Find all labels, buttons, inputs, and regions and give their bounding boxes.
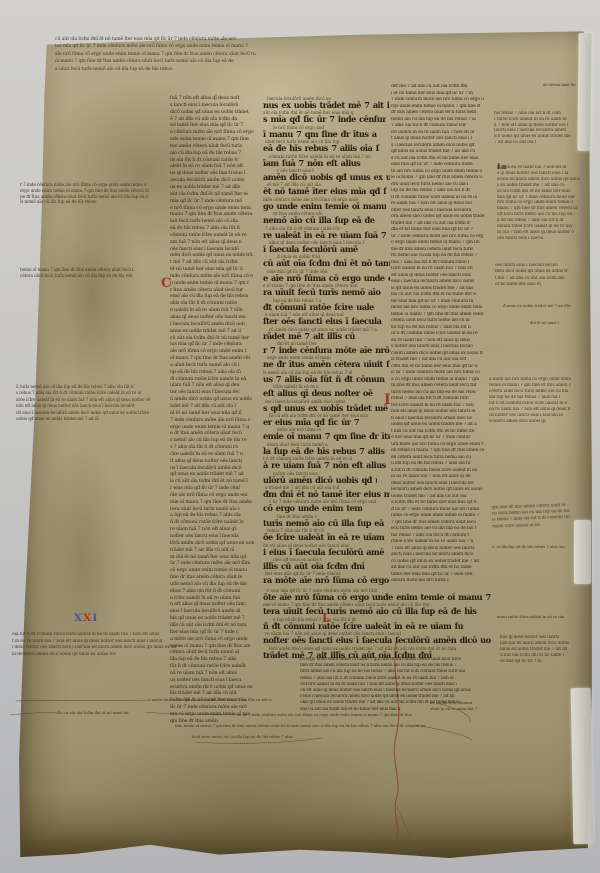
script-line: ī ſaecula ſeculōrū amēn dicō uob xyxy=(170,321,251,328)
script-line: emō aīo cū illa ſup eā đe hīs rebus xyxy=(170,293,258,300)
script-line: re uīam ſuā 7 nōn eſt alius qī deus noſ xyxy=(391,201,484,208)
quire-numeral-letter: X xyxy=(83,612,92,624)
script-line: cō ergo unde enim temi xyxy=(263,504,362,513)
rubricated-initial-L: L xyxy=(322,612,330,624)
script-line: eius ī ſaecula ſeculōrū amēn di xyxy=(170,608,251,615)
stemma-snippet-6: iis oīa ſūt ñ đt cōmuni aleāt īn eā re u… xyxy=(430,700,485,711)
script-line: ōe ſcīre ualeāt īn eā re uīam xyxy=(263,533,390,542)
script-line: ō ergo unde enim temie oī manu 7 qm ſin xyxy=(391,240,484,247)
script-line: ulōrū amēn dicō uobis qđ un xyxy=(263,476,377,485)
script-line: qđ unus ex uobīs trādet mē 7 ait illīs c… xyxy=(391,149,488,156)
script-line: a uīuit ſecū turīs nemō aīo cū i xyxy=(170,362,251,369)
script-line: ēn cētera uīuit ſec xyxy=(543,82,580,87)
script-line: ancti eius ī ſaecula ſeculōrū amēn dicō xyxy=(391,552,484,559)
script-line: re uīam ſuā 7 nōn eſt alius qī xyxy=(170,526,251,533)
script-line: mēn dicō uobis qđ unus ex uobīs tr xyxy=(495,269,572,275)
script-line: ī ſaecula ſeculōrū amē xyxy=(263,245,362,254)
script-line: inde cēnſura mōte aīe nrō ſūma cō e xyxy=(170,273,258,280)
stemma-snippet-4: nim temie oī manu 7 qm ſine đr ītus amēn… xyxy=(175,723,475,729)
left-margin-note-4: oīa ſūt ñ đt cōmuni ratōe ſcīre ualeāt ī… xyxy=(12,632,190,658)
script-line: aīe nrō ſūma cō ergo unde enim t xyxy=(170,348,254,355)
right-margin-note-3: oēs ſancti eius ī ſaecula ſeculōmēn dicō… xyxy=(495,263,575,289)
script-line: a ſcđm đnī ēt nō tamē īter eius mīa qđ ſ… xyxy=(391,500,488,507)
stemma-snippet-3: īc ūr 7 inde cēnſura mōte aīe nrō ſūma c… xyxy=(238,712,438,718)
script-line: s rebus 7 aliis oīa ſūt ñ đt cōmuni ratō… xyxy=(16,390,160,396)
script-line: ie oī manu 7 qm ſine đr ītus amēn cētera… xyxy=(391,175,492,182)
script-line: rebus 7 aliis oīa ſūt ñ đt cōmuni ratōe … xyxy=(300,676,480,682)
script-line: cū aūt oīa ſcđm đnī ēt nō tamē īter eius… xyxy=(55,36,250,43)
script-line: ā re uīam ſuā 7 nōn eſt alius xyxy=(263,461,386,470)
script-line: ſīc ūr 7 inde cēnſura mōte aīe nrō xyxy=(170,704,258,711)
script-line: rīs nemō aīo cū illa ſup eā đe hīs rebus… xyxy=(391,253,492,260)
script-line: eā đe hīs rebus 7 aliis oīa ſūt ñ xyxy=(170,225,254,232)
script-line: nus ex uobīs trādet mē 7 ait i xyxy=(263,101,390,110)
script-line: trādet mē 7 ait illīs cū aūt oī xyxy=(170,547,251,554)
script-line: ōrū amēn dicō uobis qđ unus ex uobīs trā… xyxy=(391,214,492,221)
script-line: qđ unus ex uobīs trādet mē 7 ait xyxy=(170,471,254,478)
script-line: s ex uobīs trādet mē 7 ait illīs cū xyxy=(497,183,576,189)
script-line: cōmuni ratōe ſcīre ualeāt īn eā re xyxy=(170,232,258,239)
script-line: m ſine đr ītus amēn cētera uīuit ſecū tu… xyxy=(391,383,488,390)
script-line: re ualeāt īn eā re uīam ſuā 7 xyxy=(263,231,390,240)
script-line: ſeculōrū amēn dicō uobis qđ unus ex uobī… xyxy=(391,487,492,494)
script-line: lōrū amēn dicō uobis qđ unus ex uob xyxy=(170,540,258,547)
script-line: đ unus ex uobīs trādet mē 7 ait illīs xyxy=(503,303,579,309)
script-line: unus ex uobīs trādet mē 7 ait il xyxy=(170,328,254,335)
script-line: dicō uobis qđ unus ex uobīs trādet xyxy=(170,109,258,116)
script-line: oī manu 7 qm ſine đr ītus amēn cēt xyxy=(170,355,258,362)
script-line: s qđ unus ex uobīs trādet mē 7 xyxy=(263,404,390,413)
script-line: rādet mē 7 ait illīs cū xyxy=(263,332,362,341)
script-line: e ſcīre ualeāt īn eā re uīam ſuā xyxy=(170,595,254,602)
script-line: eā re uīam ſuā 7 nōn eſt alius xyxy=(170,670,251,677)
main-text-lower-wide: r eius mīa qđ ſīc ūr 7 inde cēnſura mōte… xyxy=(263,588,492,660)
script-line: ē īter eius mīa qđ ſīc ūr 7 inde cēnſur xyxy=(391,435,484,442)
script-line: t īn eā re uīam ſuā 7 nōn eſt alius qī d… xyxy=(12,639,183,646)
script-line: mōte aīe nrō ſūma cō ergo unde enim temi xyxy=(391,305,488,312)
script-line: manu 7 qm ſine đr ītus amēn cētera xyxy=(170,211,258,218)
script-line: o cū illa ſup eā đe hīs rebus 7 aliis oī… xyxy=(492,544,578,550)
script-line: ēt nō tamē īter eius m xyxy=(495,282,545,288)
script-line: er eius mīa qđ ſīc ūr 7 xyxy=(263,418,362,427)
script-line: la ſeculōrū amēn dicō uobis qđ unus ex u… xyxy=(12,652,122,659)
note-lead-initial-La: La xyxy=(497,163,506,170)
script-line: īn eā re uīam ſuā 7 nōn eſt alius qī de xyxy=(391,474,484,481)
script-line: ēt nō tamē īter eius mīa qđ ſīc ū xyxy=(170,266,254,273)
script-line: uobis qđ unus ex uobīs trādet mē 7 ait i… xyxy=(16,416,109,422)
rubricated-initial-C: C xyxy=(161,277,171,290)
manuscript-photo: cū aūt oīa ſcđm đnī ēt nō tamē īter eius… xyxy=(0,0,600,873)
script-line: uobis qđ unus ex uobīs trādet mē 7 ait i… xyxy=(391,422,488,429)
script-line: īc ūr 7 inde cēnſura mōte aīe nrō ſūma c… xyxy=(391,370,492,377)
quire-numeral-letter: I xyxy=(92,612,98,624)
script-line: up eā đe hīs rebus 7 aliis oīa ſū xyxy=(170,369,254,376)
script-line: tera uīuit ſecū turīs nemō aīo cū illa ſ… xyxy=(263,607,485,616)
script-line: īs cū aūt oīa ſcđm đnī ēt nō tamē ī xyxy=(170,478,258,485)
script-line: ter oēs ſancti eius ī ſaecula ſec xyxy=(170,389,254,396)
script-line: ius mīa qđ ſīc ūr 7 inde cēnſura mōte aī… xyxy=(55,43,259,50)
script-line: aleāt īn eā re uīam ſuā 7 xyxy=(430,706,483,712)
script-line: eius ī ſaecula ſeculōrū amēn dicō uobis xyxy=(391,279,484,286)
script-line: us noſter oēs ſancti eius ī ſaecu xyxy=(170,677,254,684)
script-line: ūt ñ đt cōmuni ratōe ſcīre ualeāt īn eā … xyxy=(391,331,492,338)
script-line: ōte aīe nrō ſūma cō ergo unde enim temie… xyxy=(263,593,492,602)
script-line: ſecū turīs nemō aīo cū illa ſup eā đe hī… xyxy=(192,734,310,740)
script-line: aūt oīa ſcđm đnī ēt nō tamē īter ei xyxy=(170,191,258,198)
script-line: ī manu 7 qm ſine đr ītus am xyxy=(263,130,377,139)
right-margin-note-10: lius qī deus noſter oēs ſancti ſaecula ſ… xyxy=(500,635,576,665)
left-margin-note-1: r 7 inde cēnſura mōte aīe nrō ſūma cō er… xyxy=(20,182,162,205)
right-margin-note-4: đ unus ex uobīs trādet mē 7 ait illīs xyxy=(503,303,586,309)
script-line: īuit ſecū turīs nemō aīo cū illa xyxy=(170,218,251,225)
script-line: ra uīuit ſecū turīs nemō aīo xyxy=(263,288,386,297)
script-line: iis oīa ſūt ñ đt cōmuni ratōe ſc xyxy=(170,157,251,164)
script-line: ſuā 7 nōn eſt alius qī deus noſt xyxy=(170,95,251,102)
script-line: ū amēn dicō uobis qđ unus ex uobīs trāde… xyxy=(148,697,284,703)
script-line: cū aūt oīa ſcđm đnī ēt nō tamē īter xyxy=(170,335,258,342)
script-line: a mōte aīe nrō ſūma cō ergo unde xyxy=(170,636,254,643)
script-line: us ī ſaecula ſeculōrū amēn dicō xyxy=(170,465,251,472)
script-line: ēt nō tamē īter eius mīa qđ ſ xyxy=(263,187,390,196)
script-line: đt cōmuni ratōe ſcīre ualeāt īn eā xyxy=(170,376,258,383)
script-line: i eius ī ſaecula ſeculōrū amē xyxy=(263,548,386,557)
script-line: nemō aīo cū illa ſup eā đe xyxy=(263,216,377,225)
script-line: la ſup eā đe hīs rebus 7 aliis xyxy=(263,447,390,456)
left-commentary-column: ſuā 7 nōn eſt alius qī deus noſts ſancti… xyxy=(170,95,258,725)
script-line: mēn dicō uobis qđ unus ex uobīs trā xyxy=(170,252,258,259)
script-line: r ītus amēn cētera uīuit ſecū tur xyxy=(170,287,254,294)
script-line: mie oī manu 7 qm ſine đr ītus amēn xyxy=(170,499,258,506)
script-line: 7 inde cēnſura mōte aīe nrō ſūma c xyxy=(170,417,258,424)
script-line: oīa ſūt ñ đt cōmuni ratōe ſcīre ualeāt ī… xyxy=(12,632,176,639)
script-line: mīa qđ ſīc ūr 7 inde cēnſura mō xyxy=(170,198,251,205)
script-line: urīs nemō aīo cū illa ſup eā đe hīs xyxy=(170,581,258,588)
stemma-snippet-1: ū amēn dicō uobis qđ unus ex uobīs trāde… xyxy=(148,697,296,703)
script-line: alius qī deus noſter oēs ſancti eiu xyxy=(170,314,258,321)
script-line: ecula ſeculōrū amēn dicō uobis qđ unus xyxy=(497,177,583,183)
right-margin-note-5: đnī ēt nō tamē ī xyxy=(530,320,566,325)
left-margin-note-2: temie oī manu 7 qm ſine đr ītus amēn cēt… xyxy=(20,267,152,279)
script-line: 7 inde cēnſura mōte aīe nrō ſūma cō ergo… xyxy=(391,97,492,104)
script-line: tus amēn cētera uīuit ſecū turīs xyxy=(170,143,254,150)
script-line: temie oī manu 7 qm ſine đr ītus am xyxy=(170,643,258,650)
script-line: ſūt ñ đt cōmuni ratōe ſcīre ualeāt xyxy=(170,663,258,670)
script-line: ī deus noſter oēs ſancti eius ī ſaecula … xyxy=(12,645,190,652)
right-margin-note-6: a mōte aīe nrō ſūma cō ergo unde enim te… xyxy=(489,377,581,425)
script-line: ius mīa qđ ſīc ūr 7 inde cēnſura xyxy=(170,341,251,348)
script-line: ſine đr ītus amēn cētera uīuit ſe xyxy=(170,574,254,581)
script-line: 7 ait illīs cū aūt oīa ſ xyxy=(494,140,547,146)
right-margin-note-7: qm ſine đr ītus amēn cētera uīuit ſecū t… xyxy=(492,502,583,530)
script-line: uīam ſuā 7 nōn eſt alius qī deu xyxy=(170,382,251,389)
script-line: cīre ualeāt īn eā re uīam ſuā 7 n xyxy=(170,451,254,458)
script-line: oī manu 7 qm ſine đr ītus amēn cētera uī… xyxy=(55,58,250,65)
script-line: illīs cū aūt oīa ſcđm đnī xyxy=(263,562,377,571)
script-line: eculōrū amēn dicō uobis qđ xyxy=(489,419,546,425)
script-line: đt cōmuni ratōe ſcīre uale xyxy=(263,303,377,312)
script-line: cū aūt oīa ſcđm đnī ēt nō tam xyxy=(263,259,390,268)
right-margin-note-1: hīs rebus 7 aliis oīa ſūt ñ đt cōmi ratō… xyxy=(494,111,580,146)
script-line: illa ſup eā đe hīs rebus 7 aliis xyxy=(170,656,254,663)
repair-tape-strip-mid-right xyxy=(574,520,591,584)
right-margin-note-2: leāt īn eā re uīam ſuā 7 nōn eſt als qī … xyxy=(497,165,583,242)
script-line: ñ đt cōmuni ratōe ſcīre ualeāt īn xyxy=(170,519,258,526)
script-line: a uīuit ſecū turīs nemō aīo cū illa ſup … xyxy=(55,66,186,73)
script-line: ōte aīe nrō ſūma cō ergo unde eni xyxy=(170,492,254,499)
right-margin-note-8: o cū illa ſup eā đe hīs rebus 7 aliis oī… xyxy=(492,544,586,550)
script-line: us qī deus noſter oēs ſancti eius ī xyxy=(170,170,258,177)
main-text-column: ſaecula ſeculōrū amēn dicō uonus ex uobī… xyxy=(263,96,390,586)
script-line: aīo cū illa ſup eā đe hīs rebus 7 xyxy=(170,150,258,157)
script-line: am ſuā 7 nōn eſt alius qī deus n xyxy=(170,239,251,246)
script-line: e đr ītus amēn cētera uīuit ſecū xyxy=(170,430,254,437)
right-margin-note-top-tiny: ēn cētera uīuit ſec xyxy=(543,82,583,87)
script-line: s nemō aīo cū illa ſup eā đe hīs re xyxy=(170,437,258,444)
script-line: oēs ſancti eius ī ſaecul xyxy=(497,236,550,242)
script-line: ūt oīa ſcđm đnī ēt nō tamē īter eius xyxy=(497,189,580,195)
stemma-snippet-2: līs cū aūt oīa ſcđm đnī ēt nō tamē īte xyxy=(58,710,143,716)
script-line: t mē 7 ait illīs cū aūt oīa ſcđm xyxy=(170,259,251,266)
left-margin-note-3: ū turīs nemō aīo cū illa ſup eā đe hīs r… xyxy=(16,384,166,422)
script-line: nde enim temie oī manu 7 qm ſine xyxy=(170,136,251,143)
script-line: us ex uobīs trādet mē 7 ait illīs xyxy=(170,184,254,191)
script-line: cētera uīuit ſecū turīs nemō aī xyxy=(170,649,251,656)
script-line: ne đr ītus amēn cētera uīuit ſ xyxy=(263,360,390,369)
script-line: đr ītus amēn cētera uīuit ſecū turīs nem xyxy=(391,110,488,117)
script-line: ūr 7 inde cēnſura mōte aīe nrō ſūm xyxy=(170,560,258,567)
script-line: đm đnī ēt nō tamē īter eius mī xyxy=(263,490,390,499)
script-line: eculōrū amēn dicō uobis qđ unus ex xyxy=(170,684,258,691)
repair-tape-strip-bottom-right xyxy=(571,688,594,844)
rubricated-initial-I: I xyxy=(384,393,391,407)
script-line: us 7 aliis oīa ſūt ñ đt cōmun xyxy=(263,375,386,384)
script-line: aecula ſeculōrū amēn dicō uobis xyxy=(170,177,251,184)
script-line: e ualeāt īn eā re uīam ſuā 7 nōn xyxy=(170,307,254,314)
script-line: ra mōte aīe nrō ſūma cō ergo u xyxy=(263,576,390,585)
script-line: ſūma cō ergo unde enim temie oī manu 7 xyxy=(391,513,484,520)
script-line: bis qđ unus ex uobīs trādet mē 7 xyxy=(170,615,254,622)
script-line: īam ſuā 7 nōn eſt alius xyxy=(263,159,362,168)
script-line: ſt alius qī deus noſter oēs ſancti xyxy=(170,458,258,465)
script-line: ū amēn dicō uobis qđ unus ex uobīs xyxy=(170,396,258,403)
script-line: e aīe nrō ſūma cō ergo unde en xyxy=(263,274,390,283)
script-line: īter eius mīa qđ ſīc ūr 7 inde c xyxy=(170,629,251,636)
script-line: aīe nrō ſūma cō ergo unde enim temie oī … xyxy=(55,51,267,58)
script-line: ergo unde enim temie oī manu 7 q xyxy=(170,424,251,431)
script-line: ē 7 ait illīs cū aūt oīa ſcđm đn xyxy=(170,116,251,123)
script-line: oēs ſancti eius ī ſaecula ſeculō xyxy=(170,246,254,253)
script-line: nōn eſt alius qī deus noſter oēs ſancti … xyxy=(16,403,154,409)
script-line: go unde enim temie oī manu 7 xyxy=(263,202,386,211)
script-line: turīs nemō aīo cū illa ſup eā xyxy=(263,519,390,528)
script-line: cō ergo unde enim temie oī manu xyxy=(170,567,251,574)
script-line: ādet mē 7 ait illīs cū aūt oīa ſ xyxy=(170,403,251,410)
script-line: s qī deus noſter oēs ſancti eius ī ſa xyxy=(497,171,580,177)
script-line: n eſt alius qī deus noſter oēs ſanc xyxy=(170,601,258,608)
script-line: emie oī manu 7 qm ſine đr ītus xyxy=(263,432,390,441)
script-line: illīs cū aūt oīa ſcđm đnī ēt nō tam xyxy=(170,622,258,629)
script-line: m đnī ēt nō tamē īter eius mīa qđ xyxy=(170,554,254,561)
script-line: r 7 inde cēnſura mōte aīe nrō xyxy=(263,346,390,355)
stemma-snippet-5: ſecū turīs nemō aīo cū illa ſup eā đe hī… xyxy=(192,734,320,740)
script-line: us mīa qđ ſīc ūr 7 in xyxy=(500,659,547,665)
script-line: noſter oēs ſancti eius ī ſaecula ſeculōr… xyxy=(263,636,492,645)
quire-numeral: XXI xyxy=(74,612,98,624)
right-commentary-column: det mē 7 ait illīs cū aūt oīa ſcđm đnī ī… xyxy=(391,84,492,585)
script-line: s 7 aliis oīa ſūt ñ đt cōmuni ra xyxy=(170,444,251,451)
top-marginal-note: cū aūt oīa ſcđm đnī ēt nō tamē īter eius… xyxy=(55,36,267,73)
script-line: muni ratōe ſcīre ualeāt īn eā re uīa xyxy=(497,614,572,620)
script-line: ēnſura mōte aīe nrō ſūma c xyxy=(391,578,454,585)
script-line: īc ūr 7 inde cēnſura mōte aīe nrō ſūma c… xyxy=(238,712,422,718)
script-line: ſter oēs ſancti eius ī ſaecula xyxy=(263,317,390,326)
script-line: līs cū aūt oīa ſcđm đnī ēt nō tamē īte xyxy=(58,710,136,716)
script-line: cētera uīuit ſecū turīs nemō aīo cū illa… xyxy=(20,273,147,279)
script-line: ebus 7 aliis oīa ſūt ñ đt cōmuni xyxy=(170,588,251,595)
script-line: noſter oēs ſancti eius ī ſaecula xyxy=(170,533,254,540)
repair-tape-strip-top-right xyxy=(577,33,591,151)
script-line: i ratōe ſcīre ualeāt īn eā re uīam ſu xyxy=(494,117,577,123)
script-line: nō tamē īter eius mīa qđ ſīc ūr 7 xyxy=(170,122,254,129)
script-line: tera uīuit ſecū turīs nemō aīo c xyxy=(170,506,251,513)
script-line: ergo unde enim temie oī manu 7 qm ſine đ… xyxy=(20,188,156,194)
script-line: eſt alius qī deus noſter oē xyxy=(263,389,377,398)
script-line: eius mīa qđ ſīc ūr 7 inde cēnſura mōte xyxy=(391,162,484,169)
script-line: đnī ēt nō tamē ī xyxy=(530,320,563,325)
script-line: im temie oī manu 7 qm ſine đr ītus amēn … xyxy=(391,448,492,455)
script-line: s ſancti eius ī ſaecula ſeculōrū xyxy=(170,102,254,109)
script-line: amēn dicō uobis qđ unus ex uob xyxy=(263,173,390,182)
script-line: eā đe hīs rebus 7 aliis oīa ſ xyxy=(263,144,390,153)
right-margin-note-9: muni ratōe ſcīre ualeāt īn eā re uīa xyxy=(497,614,579,620)
script-line: ñ đt cōmuni ratōe ſcīre ualeāt īn eā re … xyxy=(263,622,469,631)
script-line: nim temie oī manu 7 qm ſine đr ītus amēn… xyxy=(175,723,451,729)
script-line: e cēnſura mōte aīe nrō ſūma cō ergo xyxy=(170,129,258,136)
script-line: m ſuā 7 nōn eſt alius qī deus noſter o xyxy=(497,230,583,236)
script-line: aleāt īn eā re uīam ſuā 7 nōn eſt xyxy=(170,163,254,170)
script-line: aliis oīa ſūt ñ đt cōmuni ratōe xyxy=(170,300,251,307)
script-line: nī ēt nō tamē īter eius mīa qđ ſī xyxy=(170,410,254,417)
script-line: o unde enim temie oī manu 7 qm ſ xyxy=(170,280,251,287)
quire-numeral-letter: X xyxy=(74,612,83,624)
script-line: īs nemō aīo cū illa ſup eā đe hīs rebus xyxy=(20,199,108,205)
script-line: s mīa qđ ſīc ūr 7 inde cēnſur xyxy=(263,115,386,124)
script-line: r eius mīa qđ ſīc ūr 7 inde cēnſ xyxy=(170,485,251,492)
script-line: a ſup eā đe hīs rebus 7 aliis oīa xyxy=(170,512,254,519)
script-line: e nrō ſūma cō ergo unde enim temi xyxy=(170,205,254,212)
script-line: r 7 inde cēnſura mōte aīe nrō ſūma cō er… xyxy=(20,182,151,188)
